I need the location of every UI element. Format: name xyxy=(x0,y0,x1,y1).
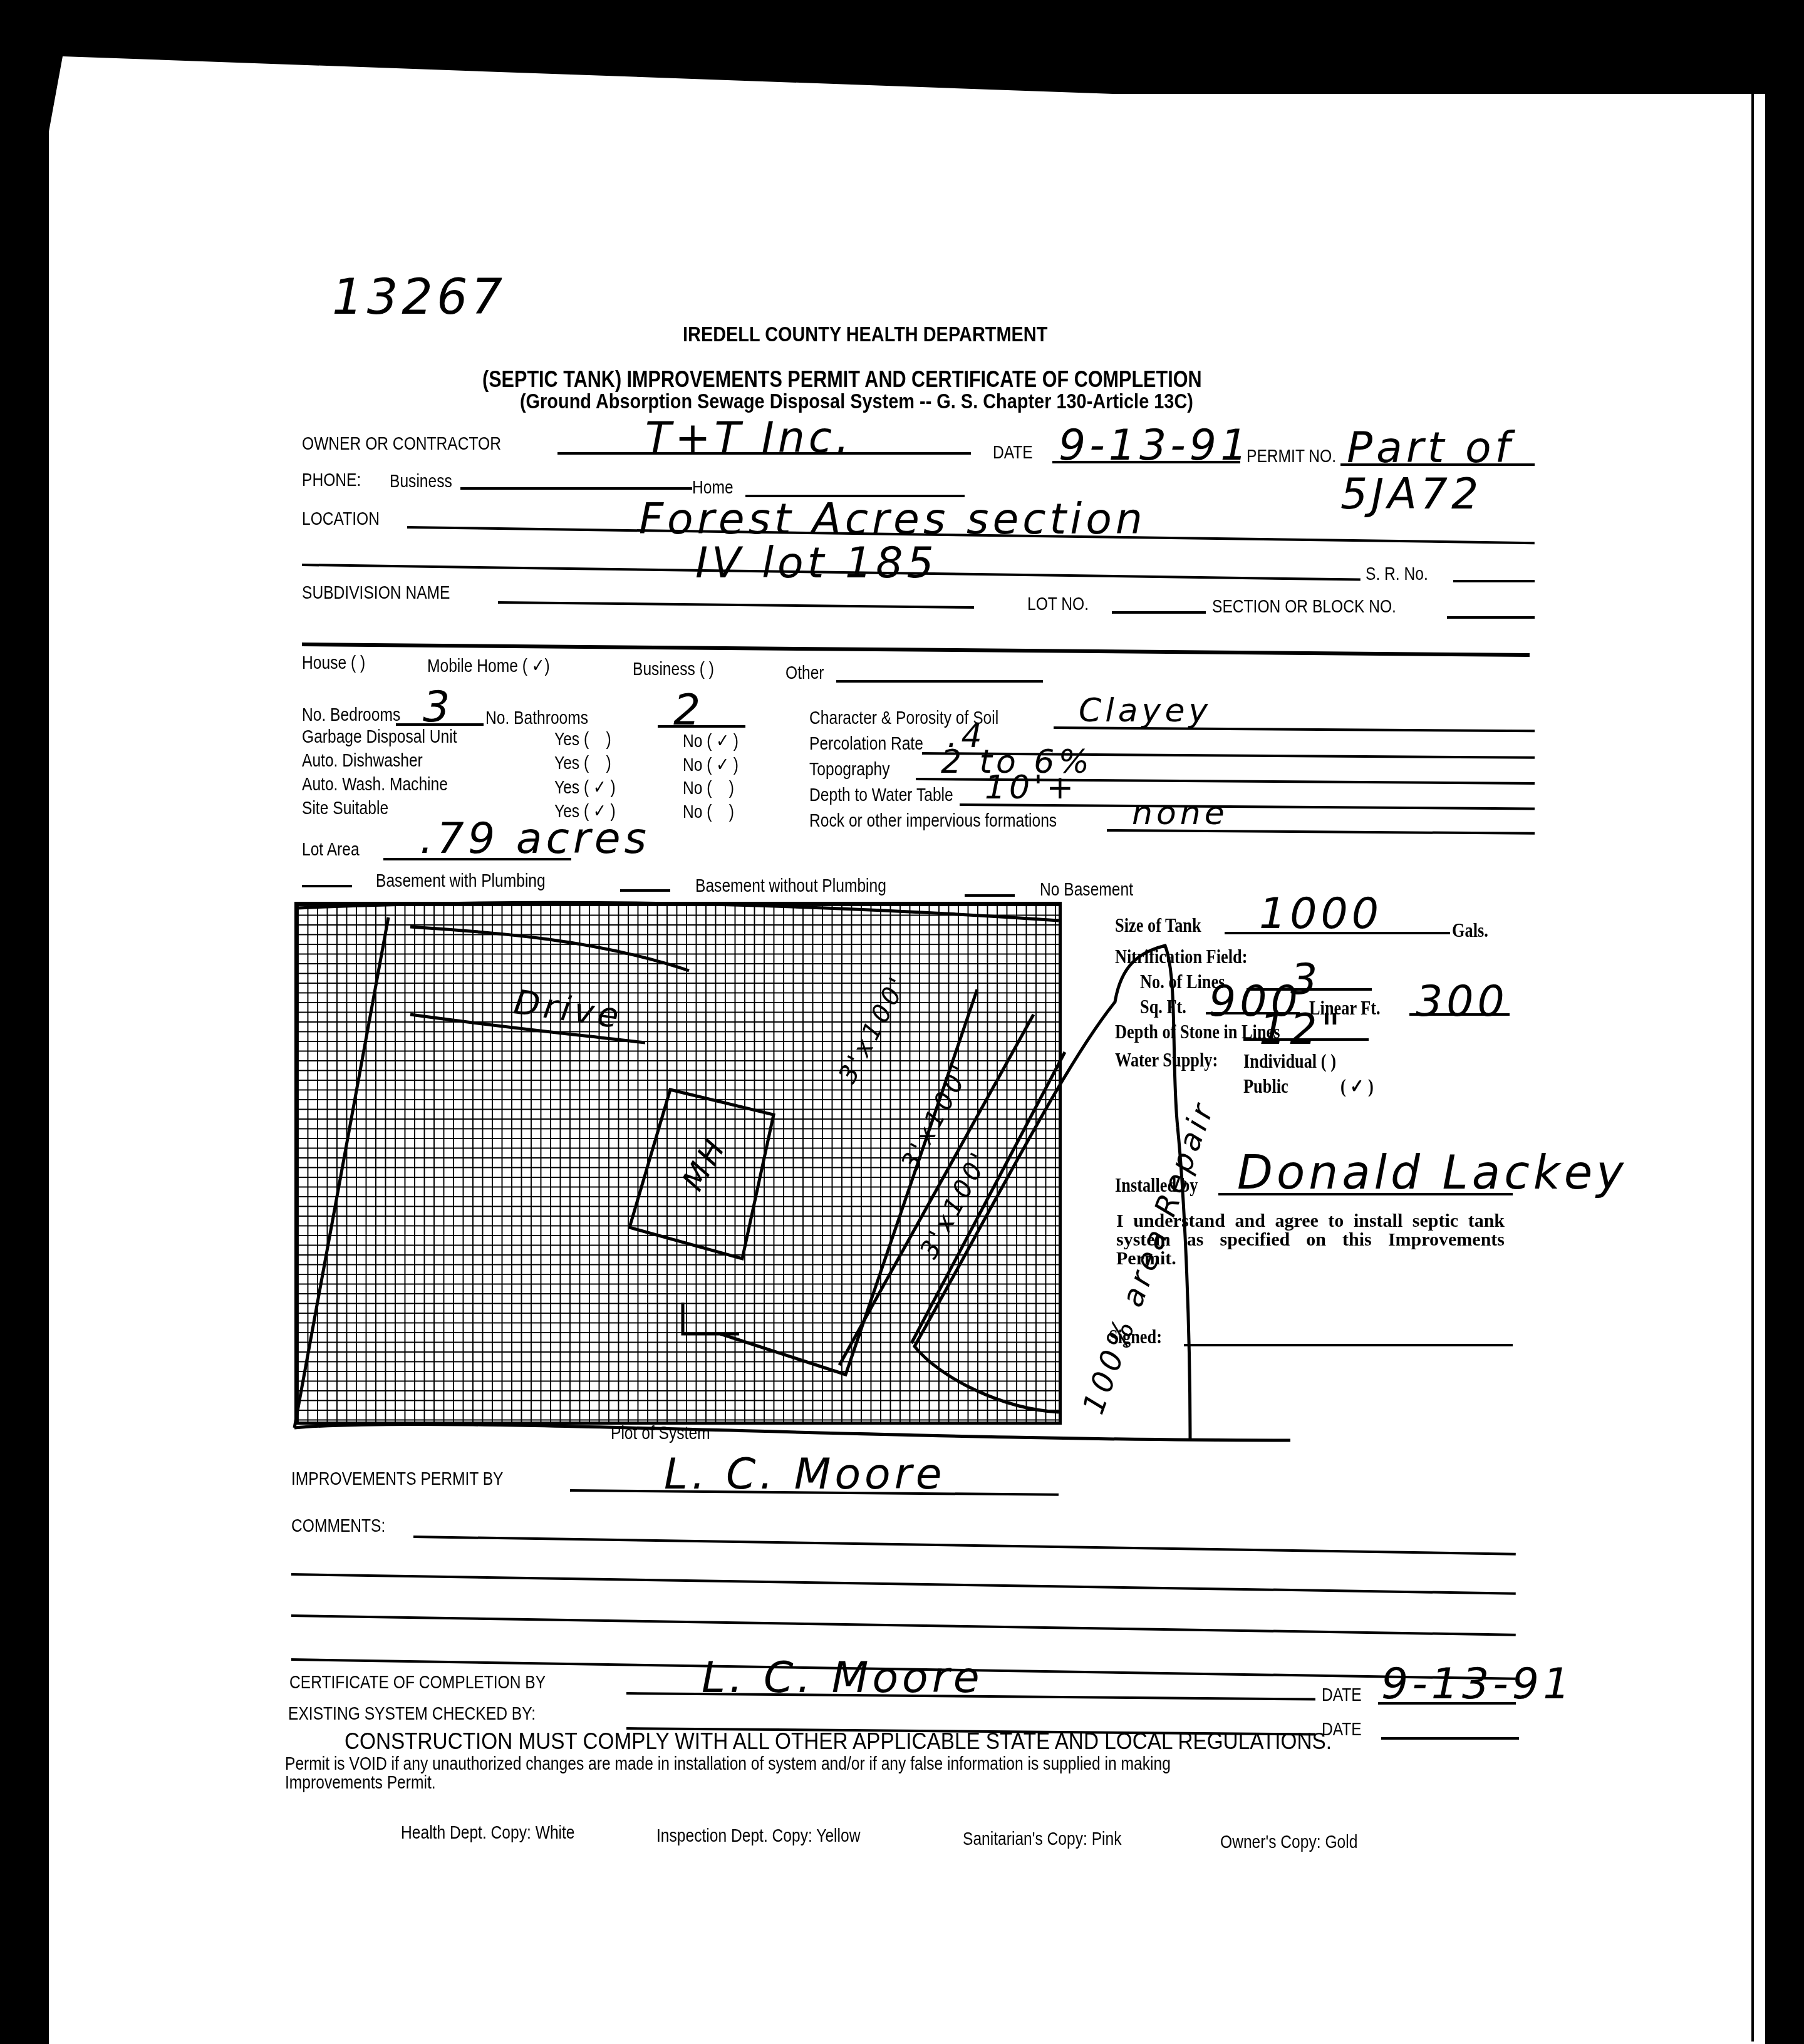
certificate-date-value[interactable]: 9-13-91 xyxy=(1381,1659,1573,1709)
nitrification-label: Nitrification Field: xyxy=(1115,946,1247,968)
tank-size-unit: Gals. xyxy=(1452,919,1488,942)
certificate-label: CERTIFICATE OF COMPLETION BY xyxy=(289,1672,546,1693)
water-public-option[interactable]: Public xyxy=(1243,1075,1288,1098)
tank-size-label: Size of Tank xyxy=(1115,914,1201,937)
water-public-checkbox[interactable]: ( ✓ ) xyxy=(1340,1075,1374,1098)
installed-by-value[interactable]: Donald Lackey xyxy=(1237,1146,1627,1200)
certificate-date-label: DATE xyxy=(1322,1685,1362,1706)
water-individual-option[interactable]: Individual ( ) xyxy=(1243,1050,1336,1073)
comments-label: COMMENTS: xyxy=(291,1515,385,1537)
compliance-notice: CONSTRUCTION MUST COMPLY WITH ALL OTHER … xyxy=(345,1728,1332,1755)
void-notice-line1: Permit is VOID if any unauthorized chang… xyxy=(285,1753,1171,1775)
linear-ft-value[interactable]: 300 xyxy=(1416,977,1508,1026)
sqft-label: Sq. Ft. xyxy=(1140,996,1186,1018)
permit-by-label: IMPROVEMENTS PERMIT BY xyxy=(291,1468,504,1490)
copy-health-dept: Health Dept. Copy: White xyxy=(401,1822,575,1844)
installed-by-label: Installed by xyxy=(1115,1174,1198,1197)
stone-depth-value[interactable]: 12" xyxy=(1259,1005,1344,1055)
certificate-signature[interactable]: L. C. Moore xyxy=(702,1653,983,1703)
copy-owner: Owner's Copy: Gold xyxy=(1220,1832,1357,1853)
copy-inspection-dept: Inspection Dept. Copy: Yellow xyxy=(656,1825,860,1847)
void-notice-line2: Improvements Permit. xyxy=(285,1772,436,1794)
copy-sanitarian: Sanitarian's Copy: Pink xyxy=(963,1829,1122,1850)
installer-agreement: I understand and agree to install septic… xyxy=(1116,1212,1505,1268)
permit-by-signature[interactable]: L. C. Moore xyxy=(664,1450,946,1499)
tank-size-value[interactable]: 1000 xyxy=(1259,889,1382,939)
water-supply-label: Water Supply: xyxy=(1115,1049,1218,1071)
existing-system-label: EXISTING SYSTEM CHECKED BY: xyxy=(288,1703,536,1725)
signed-label: Signed: xyxy=(1109,1326,1162,1348)
